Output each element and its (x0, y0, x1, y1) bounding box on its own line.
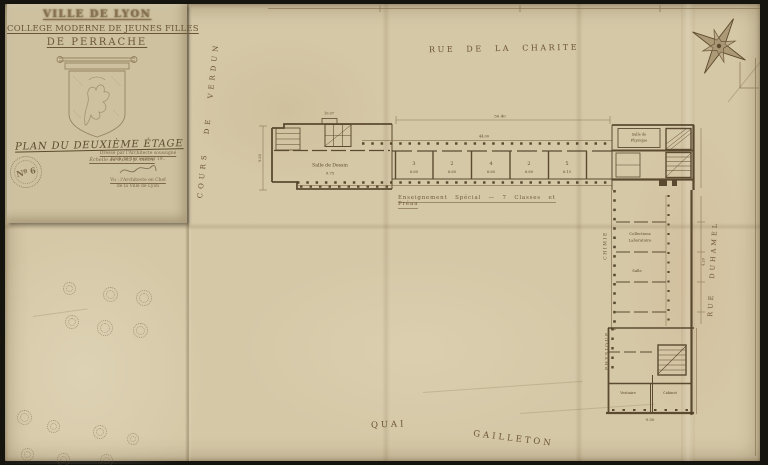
svg-text:6.60: 6.60 (487, 170, 496, 174)
plan-left-block (272, 119, 392, 190)
plan-bottom-block (606, 328, 697, 414)
room-dim: 9.75 (326, 171, 335, 176)
plan-caption: Enseignement Spécial — 7 Classes et Préa… (398, 195, 568, 207)
svg-text:5: 5 (565, 161, 568, 167)
architect-notes: Dressé par l'Architecte soussigné Lyon, … (91, 151, 185, 190)
dim-label: 50.40 (494, 114, 506, 119)
rosette-mark-icon (47, 420, 60, 433)
dim-label: 10.07 (324, 112, 334, 116)
street-word: RUE (429, 45, 455, 54)
plan-vertical-wing (608, 190, 694, 415)
school-name-line1: COLLEGE MODERNE DE JEUNES FILLES (7, 24, 187, 34)
note-line: de la Ville de Lyon (91, 184, 185, 190)
stamp-number-label: Nº 6 (12, 158, 40, 186)
svg-text:6.60: 6.60 (525, 170, 534, 174)
rosette-mark-icon (136, 290, 152, 306)
room-label: Vestiaire (619, 391, 636, 395)
room-label: Laboratoire (629, 238, 652, 243)
svg-text:2: 2 (450, 161, 453, 167)
number-stamp: Nº 6 (7, 153, 45, 191)
title-card: VILLE DE LYON COLLEGE MODERNE DE JEUNES … (7, 4, 187, 223)
svg-text:4: 4 (489, 161, 492, 167)
rosette-mark-icon (133, 323, 148, 338)
rosette-mark-icon (63, 282, 76, 295)
dim-label: 9.20 (258, 154, 262, 162)
room-label-physique: PHYSIQUE (606, 327, 611, 375)
svg-text:3: 3 (412, 161, 415, 167)
city-title: VILLE DE LYON (7, 9, 187, 20)
classroom-numbers: 3 2 4 2 5 6.60 6.60 6.60 6.60 6.15 (410, 161, 572, 174)
scanned-plan-photo: 50.40 44.00 10.07 9.20 4.20 9.50 (0, 0, 768, 465)
rosette-mark-icon (21, 448, 34, 461)
room-label-chimie: CHIMIE (604, 224, 609, 268)
rosette-mark-icon (97, 320, 113, 336)
svg-text:6.60: 6.60 (448, 170, 457, 174)
room-label: Salle de Dessin (312, 163, 348, 169)
street-word: LA (495, 44, 511, 53)
note-line: Lyon, le 1er Février 19.. (91, 157, 185, 163)
room-label: Salle de (632, 133, 647, 137)
street-label-quai: QUAI (371, 419, 407, 430)
street-word: CHARITE (522, 43, 579, 53)
coat-of-arms-lyon (49, 52, 145, 140)
room-label: Collections (629, 231, 650, 236)
rosette-mark-icon (103, 287, 118, 302)
signature-icon (118, 164, 158, 177)
dim-label: 4.20 (702, 258, 706, 266)
svg-text:2: 2 (527, 161, 530, 167)
rosette-mark-icon (17, 410, 32, 425)
svg-text:6.15: 6.15 (563, 170, 572, 174)
rosette-mark-icon (57, 453, 70, 465)
school-name-line2: DE PERRACHE (7, 37, 187, 48)
dim-label: 9.50 (646, 417, 655, 422)
plan-corner-block (612, 125, 694, 190)
plan-caption-text: Enseignement Spécial — 7 Classes et Préa… (398, 195, 556, 209)
paper-sheet: 50.40 44.00 10.07 9.20 4.20 9.50 (5, 4, 760, 461)
dim-label: 44.00 (479, 135, 489, 139)
rosette-mark-icon (127, 433, 139, 445)
room-label: Physique (631, 139, 648, 143)
rosette-mark-icon (100, 454, 113, 465)
sheet-border (268, 5, 760, 456)
svg-text:6.60: 6.60 (410, 170, 419, 174)
room-label: Cabinet (663, 391, 677, 395)
compass-rose-icon (678, 5, 760, 88)
street-word: DE (466, 44, 483, 53)
room-label: Salle (632, 268, 642, 273)
rosette-mark-icon (93, 425, 107, 439)
rosette-mark-icon (65, 315, 79, 329)
